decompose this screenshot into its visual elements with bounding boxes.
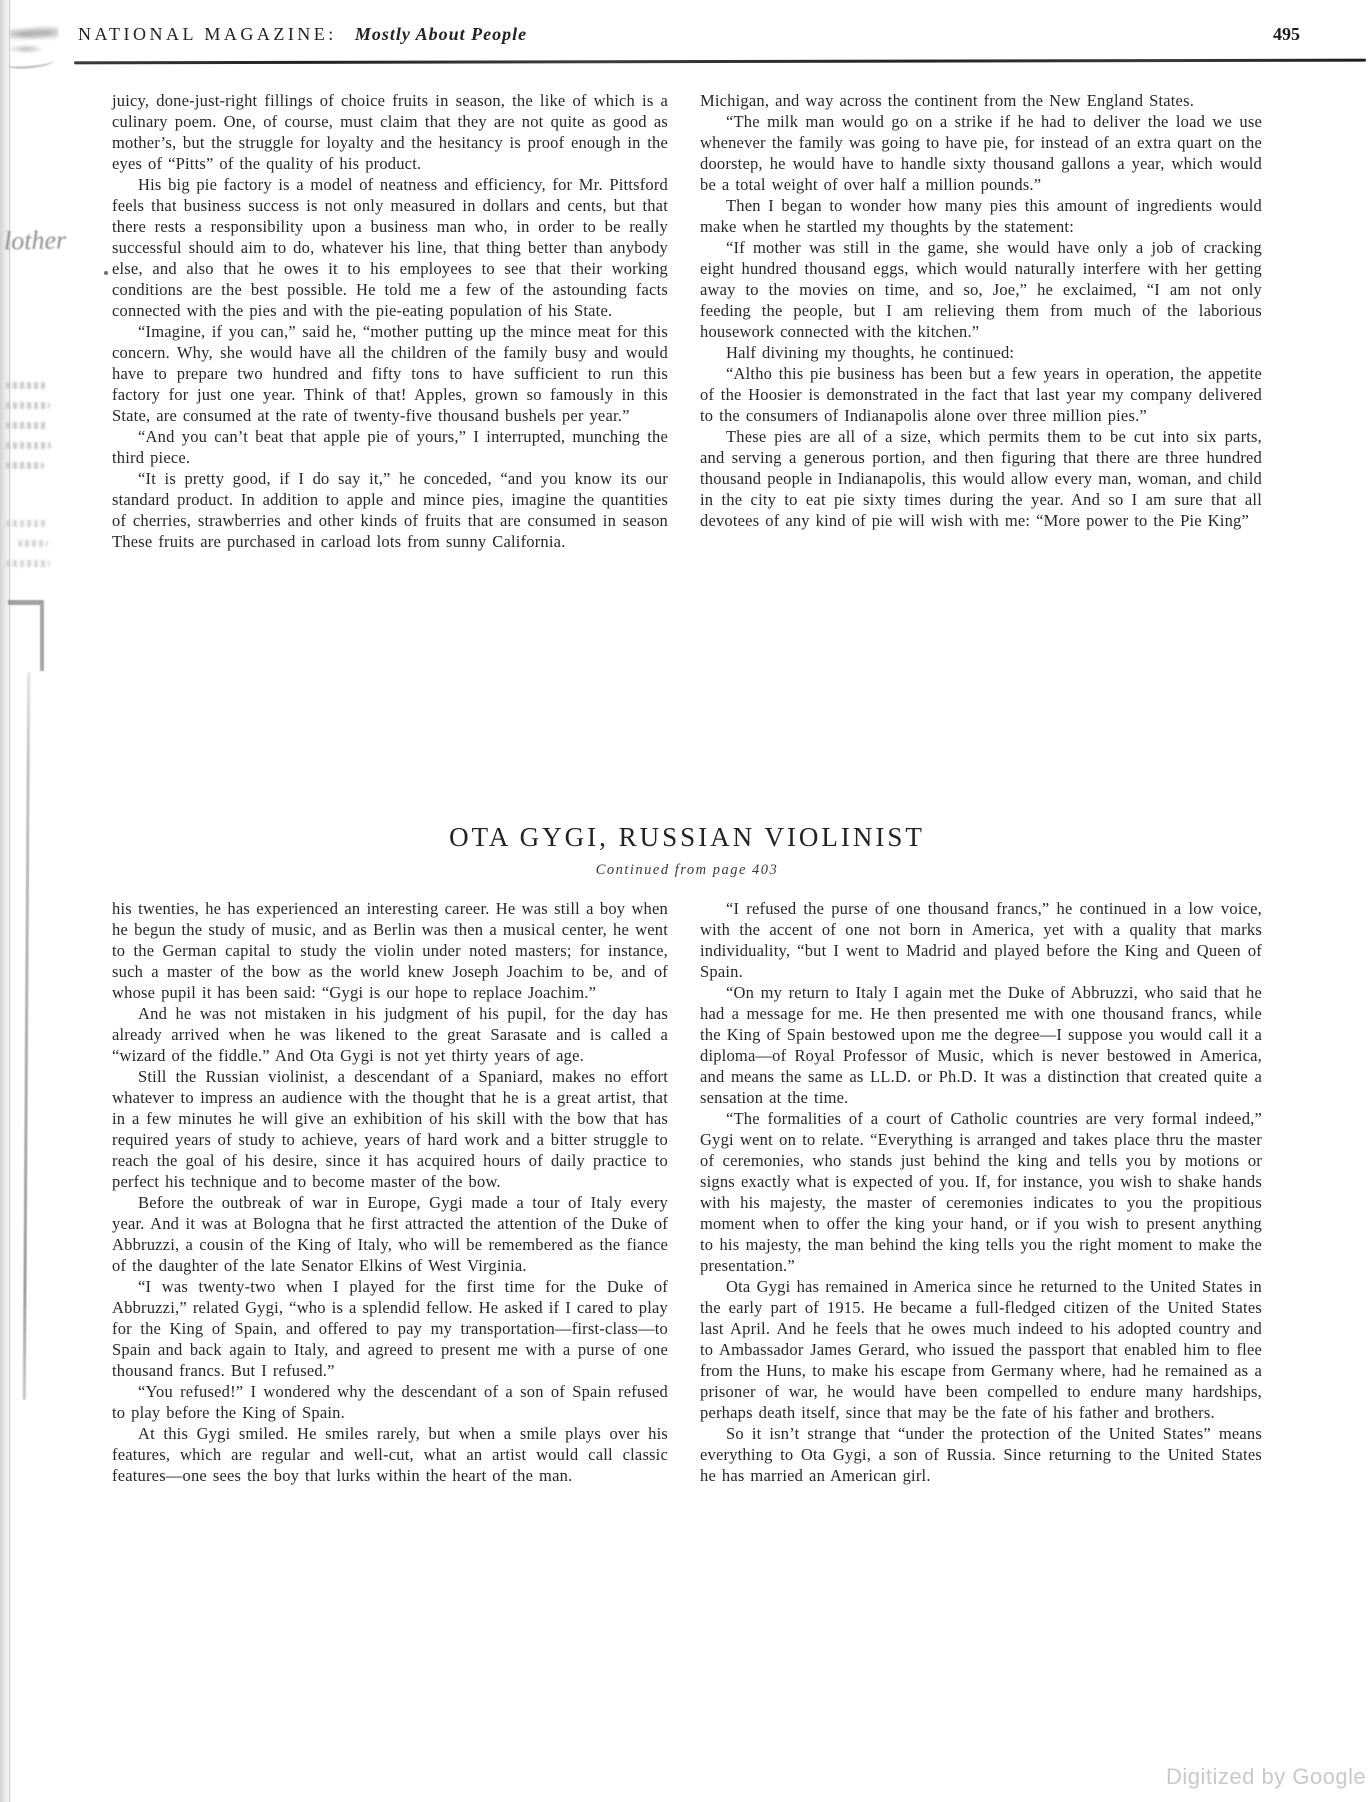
margin-bleed-marks	[6, 382, 54, 492]
paragraph: So it isn’t strange that “under the prot…	[700, 1423, 1262, 1486]
scan-ink-speck	[104, 271, 108, 275]
paragraph: “On my return to Italy I again met the D…	[700, 982, 1262, 1108]
page-number: 495	[1273, 24, 1300, 45]
paragraph: Half divining my thoughts, he continued:	[700, 342, 1262, 363]
paragraph: juicy, done-just-right fillings of choic…	[112, 90, 668, 174]
margin-bleed-marks	[6, 520, 54, 588]
section-title: Mostly About People	[355, 24, 527, 45]
paragraph: Still the Russian violinist, a descendan…	[112, 1066, 668, 1192]
paragraph: “The milk man would go on a strike if he…	[700, 111, 1262, 195]
paragraph: his twenties, he has experienced an inte…	[112, 898, 668, 1003]
paragraph: Then I began to wonder how many pies thi…	[700, 195, 1262, 237]
paragraph: “It is pretty good, if I do say it,” he …	[112, 468, 668, 552]
scanned-magazine-page: lother NATIONAL MAGAZINE: Mostly About P…	[0, 0, 1368, 1802]
google-watermark: Digitized by Google	[1166, 1764, 1366, 1790]
paragraph: Ota Gygi has remained in America since h…	[700, 1276, 1262, 1423]
paragraph: His big pie factory is a model of neatne…	[112, 174, 668, 321]
scan-smudge	[6, 44, 46, 54]
scan-smudge-curl	[8, 56, 55, 69]
paragraph: “Imagine, if you can,” said he, “mother …	[112, 321, 668, 426]
header-rule	[74, 59, 1366, 65]
scan-left-edge	[0, 0, 14, 1802]
paragraph: “The formalities of a court of Catholic …	[700, 1108, 1262, 1276]
margin-bleed-text: lother	[4, 225, 67, 256]
pie-article-left-column: juicy, done-just-right fillings of choic…	[112, 90, 668, 552]
paragraph: Michigan, and way across the continent f…	[700, 90, 1262, 111]
paragraph: At this Gygi smiled. He smiles rarely, b…	[112, 1423, 668, 1486]
paragraph: “Altho this pie business has been but a …	[700, 363, 1262, 426]
gygi-article-right-column: “I refused the purse of one thousand fra…	[700, 898, 1262, 1486]
scan-bracket-mark	[8, 600, 44, 671]
gygi-article-title: OTA GYGI, RUSSIAN VIOLINIST	[112, 822, 1262, 853]
paragraph: “If mother was still in the game, she wo…	[700, 237, 1262, 342]
paragraph: “And you can’t beat that apple pie of yo…	[112, 426, 668, 468]
paragraph: “I was twenty-two when I played for the …	[112, 1276, 668, 1381]
scan-vertical-streak	[23, 672, 30, 1400]
paragraph: Before the outbreak of war in Europe, Gy…	[112, 1192, 668, 1276]
paragraph: “You refused!” I wondered why the descen…	[112, 1381, 668, 1423]
gygi-article-left-column: his twenties, he has experienced an inte…	[112, 898, 668, 1486]
paragraph: And he was not mistaken in his judgment …	[112, 1003, 668, 1066]
magazine-title: NATIONAL MAGAZINE:	[78, 24, 337, 45]
paragraph: These pies are all of a size, which perm…	[700, 426, 1262, 531]
paragraph: “I refused the purse of one thousand fra…	[700, 898, 1262, 982]
scan-left-edge-line	[9, 0, 10, 1802]
pie-article-right-column: Michigan, and way across the continent f…	[700, 90, 1262, 531]
gygi-article-subtitle: Continued from page 403	[112, 862, 1262, 879]
page-header: NATIONAL MAGAZINE: Mostly About People 4…	[78, 24, 1304, 58]
scan-smudge	[10, 26, 58, 42]
